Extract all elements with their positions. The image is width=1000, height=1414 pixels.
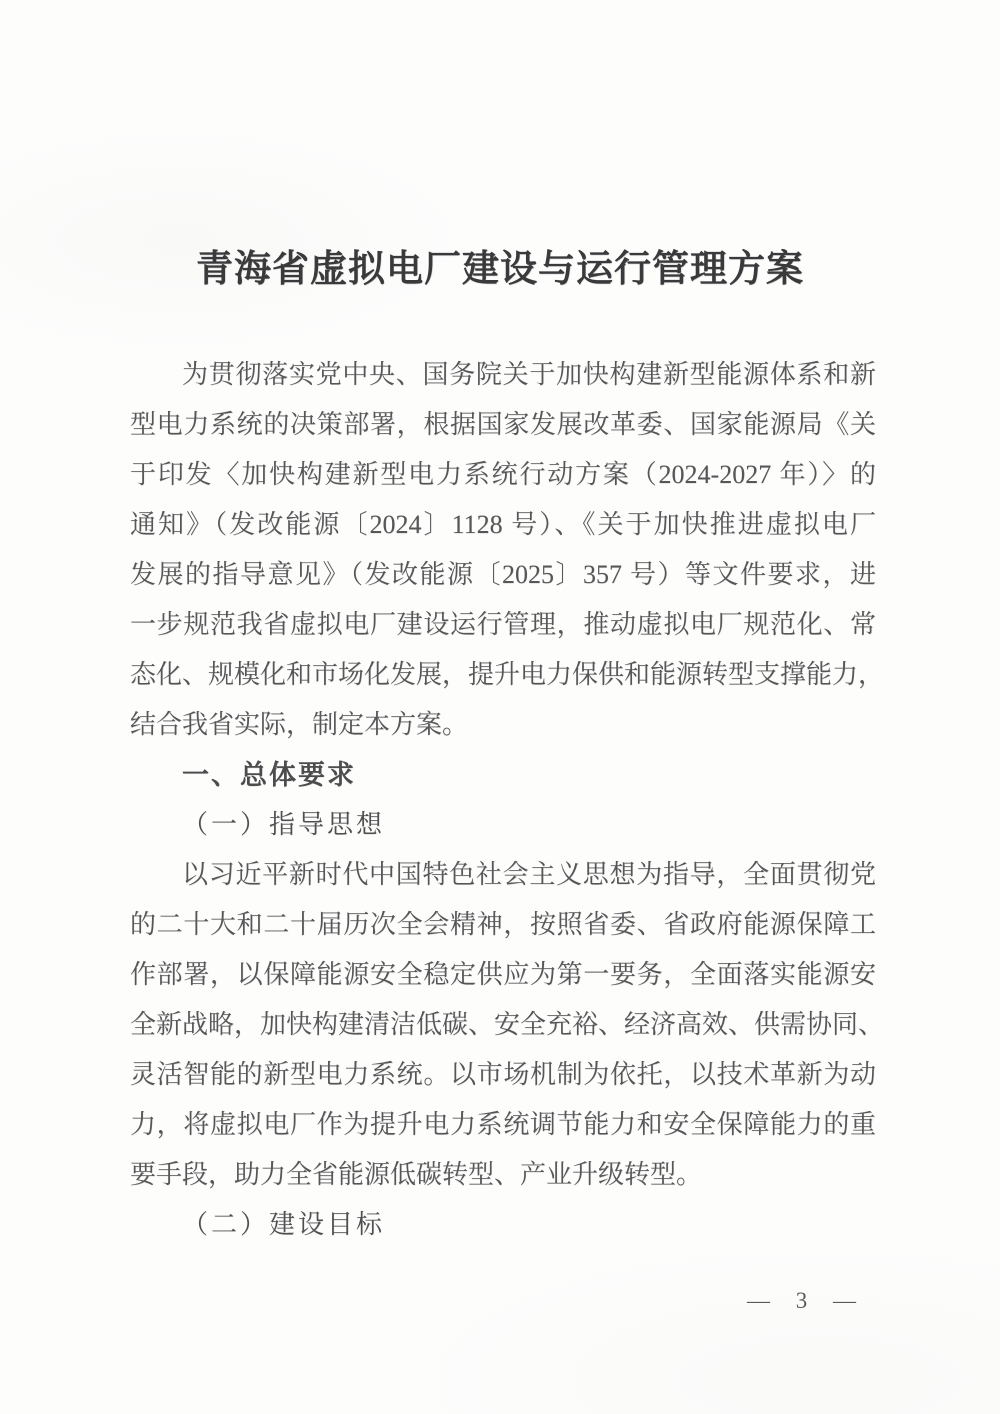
body-line: 发展的指导意见》（发改能源〔2025〕357 号）等文件要求，进 bbox=[130, 550, 876, 600]
body-line: 作部署，以保障能源安全稳定供应为第一要务，全面落实能源安 bbox=[130, 950, 876, 1000]
body-line: 全新战略，加快构建清洁低碳、安全充裕、经济高效、供需协同、 bbox=[130, 1000, 876, 1050]
body-line: 以习近平新时代中国特色社会主义思想为指导，全面贯彻党 bbox=[130, 850, 876, 900]
section-heading: 一、总体要求 bbox=[130, 750, 876, 800]
body-line: 型电力系统的决策部署，根据国家发展改革委、国家能源局《关 bbox=[130, 400, 876, 450]
document-title: 青海省虚拟电厂建设与运行管理方案 bbox=[0, 246, 1000, 294]
body-line: 通知》（发改能源〔2024〕1128 号）、《关于加快推进虚拟电厂 bbox=[130, 500, 876, 550]
body-line: 态化、规模化和市场化发展，提升电力保供和能源转型支撑能力， bbox=[130, 650, 876, 700]
scanned-document-page: 青海省虚拟电厂建设与运行管理方案 为贯彻落实党中央、国务院关于加快构建新型能源体… bbox=[0, 0, 1000, 1414]
document-body: 为贯彻落实党中央、国务院关于加快构建新型能源体系和新 型电力系统的决策部署，根据… bbox=[130, 350, 876, 1250]
page-number: — 3 — bbox=[747, 1286, 866, 1316]
body-line: 力，将虚拟电厂作为提升电力系统调节能力和安全保障能力的重 bbox=[130, 1100, 876, 1150]
body-line: 灵活智能的新型电力系统。以市场机制为依托，以技术革新为动 bbox=[130, 1050, 876, 1100]
body-line: 的二十大和二十届历次全会精神，按照省委、省政府能源保障工 bbox=[130, 900, 876, 950]
subsection-heading: （二）建设目标 bbox=[130, 1200, 876, 1250]
body-line: 要手段，助力全省能源低碳转型、产业升级转型。 bbox=[130, 1150, 876, 1200]
subsection-heading: （一）指导思想 bbox=[130, 800, 876, 850]
body-line: 结合我省实际，制定本方案。 bbox=[130, 700, 876, 750]
body-line: 为贯彻落实党中央、国务院关于加快构建新型能源体系和新 bbox=[130, 350, 876, 400]
body-line: 于印发〈加快构建新型电力系统行动方案（2024-2027 年）〉的 bbox=[130, 450, 876, 500]
body-line: 一步规范我省虚拟电厂建设运行管理，推动虚拟电厂规范化、常 bbox=[130, 600, 876, 650]
